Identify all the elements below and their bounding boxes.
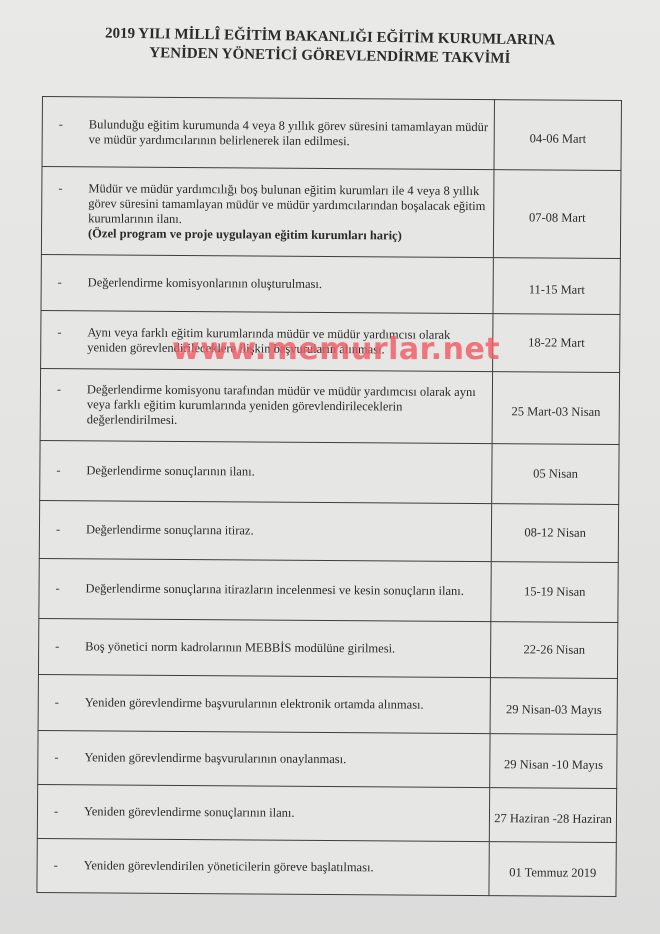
activity-text: Yeniden görevlendirilen yöneticilerin gö… xyxy=(84,858,374,875)
table-row: -Değerlendirme sonuçlarına itiraz.08-12 … xyxy=(39,500,618,562)
table-row: -Yeniden görevlendirme sonuçlarının ilan… xyxy=(37,784,616,842)
date-cell: 05 Nisan xyxy=(492,444,619,505)
activity-description: Yeniden görevlendirme sonuçlarının ilanı… xyxy=(84,804,295,819)
table-row: -Değerlendirme komisyonlarının oluşturul… xyxy=(41,254,620,314)
table-row: -Yeniden görevlendirme başvurularının on… xyxy=(38,730,617,788)
activity-text: Değerlendirme komisyonu tarafından müdür… xyxy=(87,382,487,430)
activity-cell: -Değerlendirme sonuçlarına itirazların i… xyxy=(39,558,492,621)
bullet-dash: - xyxy=(51,325,87,340)
date-cell: 18-22 Mart xyxy=(493,314,620,373)
activity-description: Yeniden görevlendirme başvurularının ele… xyxy=(85,695,424,711)
activity-note: (Özel program ve proje uygulayan eğitim … xyxy=(88,226,487,244)
activity-text: Müdür ve müdür yardımcılığı boş bulunan … xyxy=(88,181,488,244)
date-cell: 04-06 Mart xyxy=(494,100,621,171)
table-row: -Değerlendirme komisyonu tarafından müdü… xyxy=(40,368,619,444)
activity-text: Yeniden görevlendirme sonuçlarının ilanı… xyxy=(84,804,295,820)
bullet-dash: - xyxy=(48,858,84,873)
date-cell: 15-19 Nisan xyxy=(491,562,618,623)
date-cell: 01 Temmuz 2019 xyxy=(489,842,616,897)
activity-text: Bulunduğu eğitim kurumunda 4 veya 8 yıll… xyxy=(89,117,489,150)
date-cell: 29 Nisan-03 Mayıs xyxy=(490,678,617,735)
activity-cell: -Yeniden görevlendirilen yöneticilerin g… xyxy=(37,838,490,895)
schedule-table-container: -Bulunduğu eğitim kurumunda 4 veya 8 yıl… xyxy=(36,96,622,897)
bullet-dash: - xyxy=(49,639,85,654)
bullet-dash: - xyxy=(51,382,87,397)
schedule-table: -Bulunduğu eğitim kurumunda 4 veya 8 yıl… xyxy=(36,96,622,897)
activity-description: Değerlendirme sonuçlarının ilanı. xyxy=(86,463,254,478)
activity-description: Değerlendirme sonuçlarına itiraz. xyxy=(86,522,254,537)
activity-cell: -Yeniden görevlendirme sonuçlarının ilan… xyxy=(37,784,490,841)
activity-text: Değerlendirme sonuçlarına itirazların in… xyxy=(86,581,464,599)
date-cell: 22-26 Nisan xyxy=(491,622,618,679)
bullet-dash: - xyxy=(48,750,84,765)
activity-cell: -Müdür ve müdür yardımcılığı boş bulunan… xyxy=(41,167,494,258)
activity-description: Boş yönetici norm kadrolarının MEBBİS mo… xyxy=(85,639,395,655)
bullet-dash: - xyxy=(49,695,85,710)
activity-text: Boş yönetici norm kadrolarının MEBBİS mo… xyxy=(85,639,395,656)
document-title: 2019 YILI MİLLÎ EĞİTİM BAKANLIĞI EĞİTİM … xyxy=(0,23,660,71)
activity-description: Aynı veya farklı eğitim kurumlarında müd… xyxy=(87,325,450,356)
activity-text: Değerlendirme komisyonlarının oluşturulm… xyxy=(88,275,322,292)
table-row: -Müdür ve müdür yardımcılığı boş bulunan… xyxy=(41,167,621,259)
activity-text: Yeniden görevlendirme başvurularının ona… xyxy=(84,750,346,767)
activity-cell: -Değerlendirme sonuçlarına itiraz. xyxy=(39,500,492,561)
activity-cell: -Değerlendirme komisyonlarının oluşturul… xyxy=(41,254,494,313)
date-cell: 25 Mart-03 Nisan xyxy=(492,372,619,445)
bullet-dash: - xyxy=(48,804,84,819)
activity-cell: -Yeniden görevlendirme başvurularının el… xyxy=(38,674,491,733)
table-row: -Aynı veya farklı eğitim kurumlarında mü… xyxy=(41,310,620,372)
bullet-dash: - xyxy=(50,581,86,596)
activity-text: Aynı veya farklı eğitim kurumlarında müd… xyxy=(87,325,487,358)
date-cell: 11-15 Mart xyxy=(493,258,620,315)
date-cell: 27 Haziran -28 Haziran xyxy=(490,788,617,843)
activity-description: Bulunduğu eğitim kurumunda 4 veya 8 yıll… xyxy=(89,117,488,148)
activity-cell: -Aynı veya farklı eğitim kurumlarında mü… xyxy=(41,310,494,371)
activity-cell: -Değerlendirme sonuçlarının ilanı. xyxy=(40,440,493,503)
activity-text: Yeniden görevlendirme başvurularının ele… xyxy=(85,695,424,712)
bullet-dash: - xyxy=(52,275,88,290)
date-cell: 29 Nisan -10 Mayıs xyxy=(490,734,617,789)
table-row: -Değerlendirme sonuçlarının ilanı.05 Nis… xyxy=(40,440,619,504)
activity-description: Değerlendirme komisyonlarının oluşturulm… xyxy=(88,275,322,291)
activity-description: Yeniden görevlendirilen yöneticilerin gö… xyxy=(84,858,374,874)
activity-cell: -Yeniden görevlendirme başvurularının on… xyxy=(38,730,491,787)
activity-text: Değerlendirme sonuçlarına itiraz. xyxy=(86,522,254,538)
bullet-dash: - xyxy=(50,463,86,478)
activity-description: Müdür ve müdür yardımcılığı boş bulunan … xyxy=(88,181,485,226)
activity-cell: -Değerlendirme komisyonu tarafından müdü… xyxy=(40,368,493,443)
activity-description: Değerlendirme komisyonu tarafından müdür… xyxy=(87,382,476,427)
activity-description: Yeniden görevlendirme başvurularının ona… xyxy=(84,750,346,766)
date-cell: 07-08 Mart xyxy=(494,170,621,259)
bullet-dash: - xyxy=(52,181,88,196)
bullet-dash: - xyxy=(50,522,86,537)
date-cell: 08-12 Nisan xyxy=(492,504,619,563)
table-row: -Boş yönetici norm kadrolarının MEBBİS m… xyxy=(38,618,617,678)
table-row: -Yeniden görevlendirilen yöneticilerin g… xyxy=(37,838,616,896)
activity-cell: -Boş yönetici norm kadrolarının MEBBİS m… xyxy=(38,618,491,677)
table-row: -Yeniden görevlendirme başvurularının el… xyxy=(38,674,617,734)
table-row: -Değerlendirme sonuçlarına itirazların i… xyxy=(39,558,618,622)
bullet-dash: - xyxy=(53,117,89,132)
table-row: -Bulunduğu eğitim kurumunda 4 veya 8 yıl… xyxy=(42,97,621,171)
activity-description: Değerlendirme sonuçlarına itirazların in… xyxy=(86,581,464,598)
activity-text: Değerlendirme sonuçlarının ilanı. xyxy=(86,463,254,479)
activity-cell: -Bulunduğu eğitim kurumunda 4 veya 8 yıl… xyxy=(42,97,495,170)
